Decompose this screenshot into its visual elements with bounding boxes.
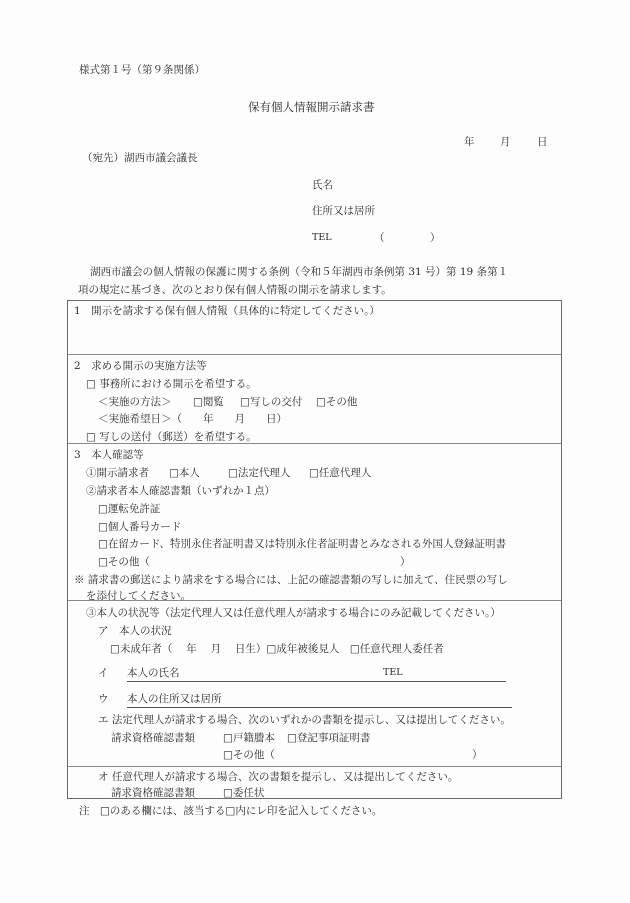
divider-2-3 (68, 443, 561, 444)
status-i-marker: イ (98, 666, 109, 680)
tel-paren-open: （ (374, 231, 385, 245)
id-doc-other-close: ） (400, 555, 411, 569)
principal-address-field[interactable] (127, 707, 512, 708)
footer-note: 注 □のある欄には、該当する□内にレ印を記入してください。 (79, 804, 382, 818)
status-a-options[interactable]: □未成年者（ 年 月 日生）□成年被後見人 □任意代理人委任者 (110, 642, 444, 656)
intro-line-2: 項の規定に基づき、次のとおり保有個人情報の開示を請求します。 (78, 283, 392, 297)
tel-paren-close: ） (430, 231, 441, 245)
requester-option-legal-agent[interactable]: □法定代理人 (228, 466, 290, 480)
status-o-text: オ 任意代理人が請求する場合、次の書類を提示し、又は提出してください。 (98, 770, 458, 784)
method-label: ＜実施の方法＞ (98, 395, 172, 409)
request-form-table: 1 開示を請求する保有個人情報（具体的に特定してください。） 2 求める開示の実… (67, 300, 562, 799)
intro-line-1: 湖西市議会の個人情報の保護に関する条例（令和５年湖西市条例第 31 号）第 19… (90, 265, 508, 279)
divider-1-2 (68, 354, 561, 355)
mail-note-line-1: ※ 請求書の郵送により請求をする場合には、上記の確認書類の写しに加えて、住民票の… (74, 573, 508, 587)
preferred-date[interactable]: ＜実施希望日＞（ 年 月 日） (98, 412, 287, 426)
requester-option-self[interactable]: □本人 (169, 466, 200, 480)
id-docs-label: ②請求者本人確認書類（いずれか１点） (86, 484, 275, 498)
option-office-disclosure[interactable]: □ 事務所における開示を希望する。 (86, 377, 257, 391)
o-doc-power-of-attorney[interactable]: □委任状 (223, 786, 264, 800)
section2-heading: 2 求める開示の実施方法等 (74, 359, 207, 373)
e-doc-family-register[interactable]: □戸籍謄本 (223, 731, 275, 745)
addressee: （宛先）湖西市議会議長 (82, 151, 198, 165)
method-option-other[interactable]: □その他 (316, 395, 357, 409)
principal-name-label: 本人の氏名 (127, 666, 180, 680)
divider-status (68, 600, 561, 601)
principal-tel-label: TEL (383, 666, 403, 680)
e-doc-other-close: ） (472, 748, 483, 762)
section1-heading: 1 開示を請求する保有個人情報（具体的に特定してください。） (74, 304, 380, 318)
o-docs-label: 請求資格確認書類 (111, 786, 195, 800)
status-a-label: ア 本人の状況 (98, 624, 172, 638)
section1-input-area[interactable] (74, 319, 554, 353)
date-day-label: 日 (537, 135, 548, 149)
date-year-label: 年 (464, 135, 475, 149)
applicant-address-label: 住所又は居所 (312, 204, 375, 218)
e-doc-other[interactable]: □その他（ (223, 748, 275, 762)
principal-address-label: 本人の住所又は居所 (127, 692, 222, 706)
requester-label: ①開示請求者 (86, 466, 149, 480)
id-doc-mynumber-card[interactable]: □個人番号カード (98, 520, 181, 534)
section3-heading: 3 本人確認等 (74, 448, 144, 462)
principal-name-tel-field[interactable] (127, 681, 506, 682)
requester-option-voluntary-agent[interactable]: □任意代理人 (309, 466, 371, 480)
id-doc-other[interactable]: □その他（ (98, 555, 150, 569)
id-doc-drivers-license[interactable]: □運転免許証 (98, 502, 160, 516)
e-docs-label: 請求資格確認書類 (111, 731, 195, 745)
form-number: 様式第１号（第９条関係） (79, 63, 205, 77)
applicant-tel-label: TEL (312, 231, 332, 245)
status-e-text: エ 法定代理人が請求する場合、次のいずれかの書類を提示し、又は提出してください。 (98, 713, 511, 727)
id-doc-residence-card[interactable]: □在留カード、特別永住者証明書又は特別永住者証明書とみなされる外国人登録証明書 (98, 537, 506, 551)
status-heading: ③本人の状況等（法定代理人又は任意代理人が請求する場合にのみ記載してください。） (86, 606, 501, 620)
date-month-label: 月 (500, 135, 511, 149)
method-option-copy[interactable]: □写しの交付 (240, 395, 302, 409)
option-mail-copy[interactable]: □ 写しの送付（郵送）を希望する。 (86, 430, 257, 444)
divider-o (68, 766, 561, 767)
applicant-name-label: 氏名 (312, 178, 333, 192)
status-u-marker: ウ (98, 692, 109, 706)
method-option-view[interactable]: □閲覧 (193, 395, 224, 409)
e-doc-registry-certificate[interactable]: □登記事項証明書 (287, 731, 370, 745)
page-title: 保有個人情報開示請求書 (248, 100, 375, 114)
